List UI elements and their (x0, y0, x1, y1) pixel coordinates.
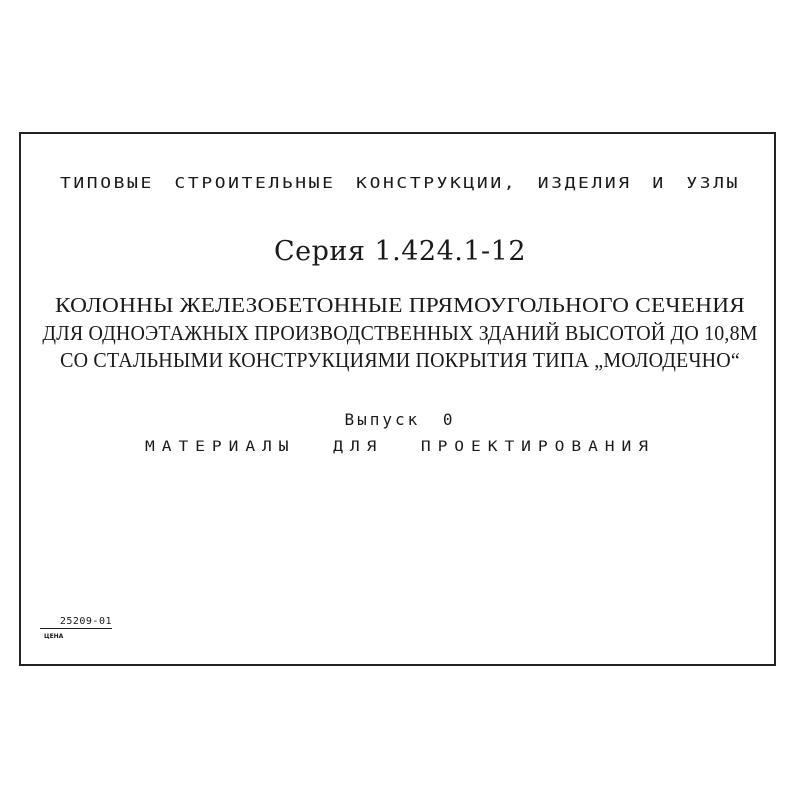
document-title-line-2: для одноэтажных производственных зданий … (20, 321, 779, 346)
issue-subtitle: Материалы для проектирования (0, 439, 800, 455)
series-number: Серия 1.424.1-12 (0, 236, 800, 267)
issue-number: Выпуск 0 (0, 410, 800, 429)
document-title-line-3: со стальными конструкциями покрытия типа… (20, 348, 781, 373)
document-title-line-1: Колонны железобетонные прямоугольного се… (0, 293, 800, 318)
price-label: Цена (44, 633, 63, 640)
catalog-code: 25209-01 (40, 616, 112, 629)
title-page-frame (19, 132, 776, 666)
series-header: Типовые строительные конструкции, издели… (0, 174, 800, 192)
